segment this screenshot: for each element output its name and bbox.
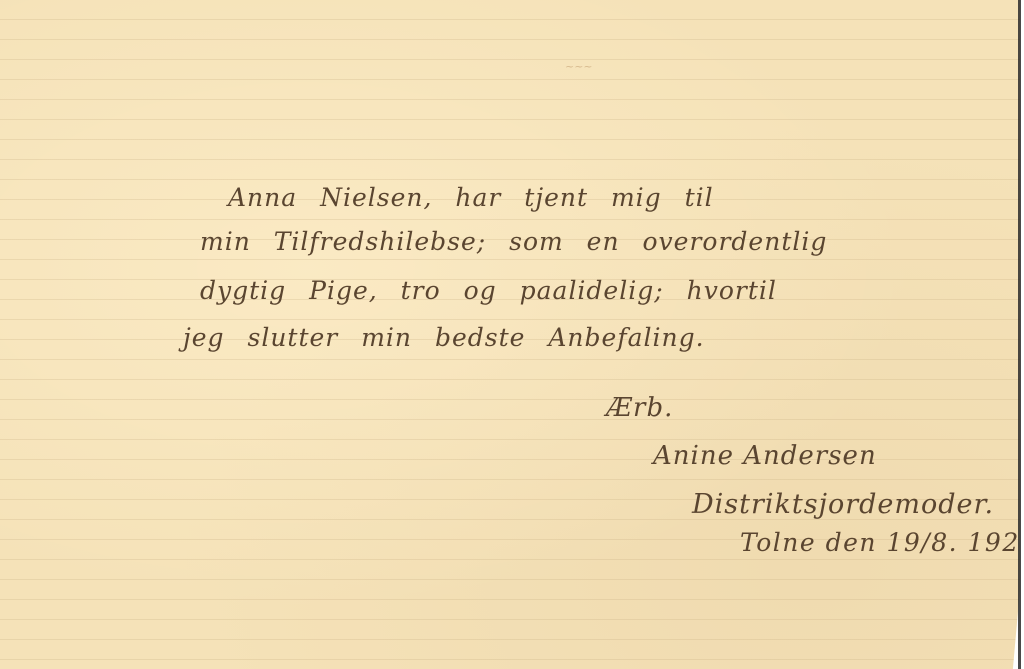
closing: Ærb. xyxy=(606,393,673,423)
body-line-3: dygtig Pige, tro og paalidelig; hvortil xyxy=(200,276,777,305)
letter-page: ~~~ Anna Nielsen, har tjent mig til min … xyxy=(0,0,1020,669)
body-line-2: min Tilfredshilebse; som en overordentli… xyxy=(200,227,827,256)
signer-title: Distriktsjordemoder. xyxy=(692,489,994,520)
signature: Anine Andersen xyxy=(653,441,877,471)
faint-mark: ~~~ xyxy=(565,60,593,73)
body-line-1: Anna Nielsen, har tjent mig til xyxy=(228,183,714,212)
body-line-4: jeg slutter min bedste Anbefaling. xyxy=(183,323,705,352)
paper-edge xyxy=(1018,0,1021,669)
place-date: Tolne den 19/8. 1929. xyxy=(740,528,1024,557)
